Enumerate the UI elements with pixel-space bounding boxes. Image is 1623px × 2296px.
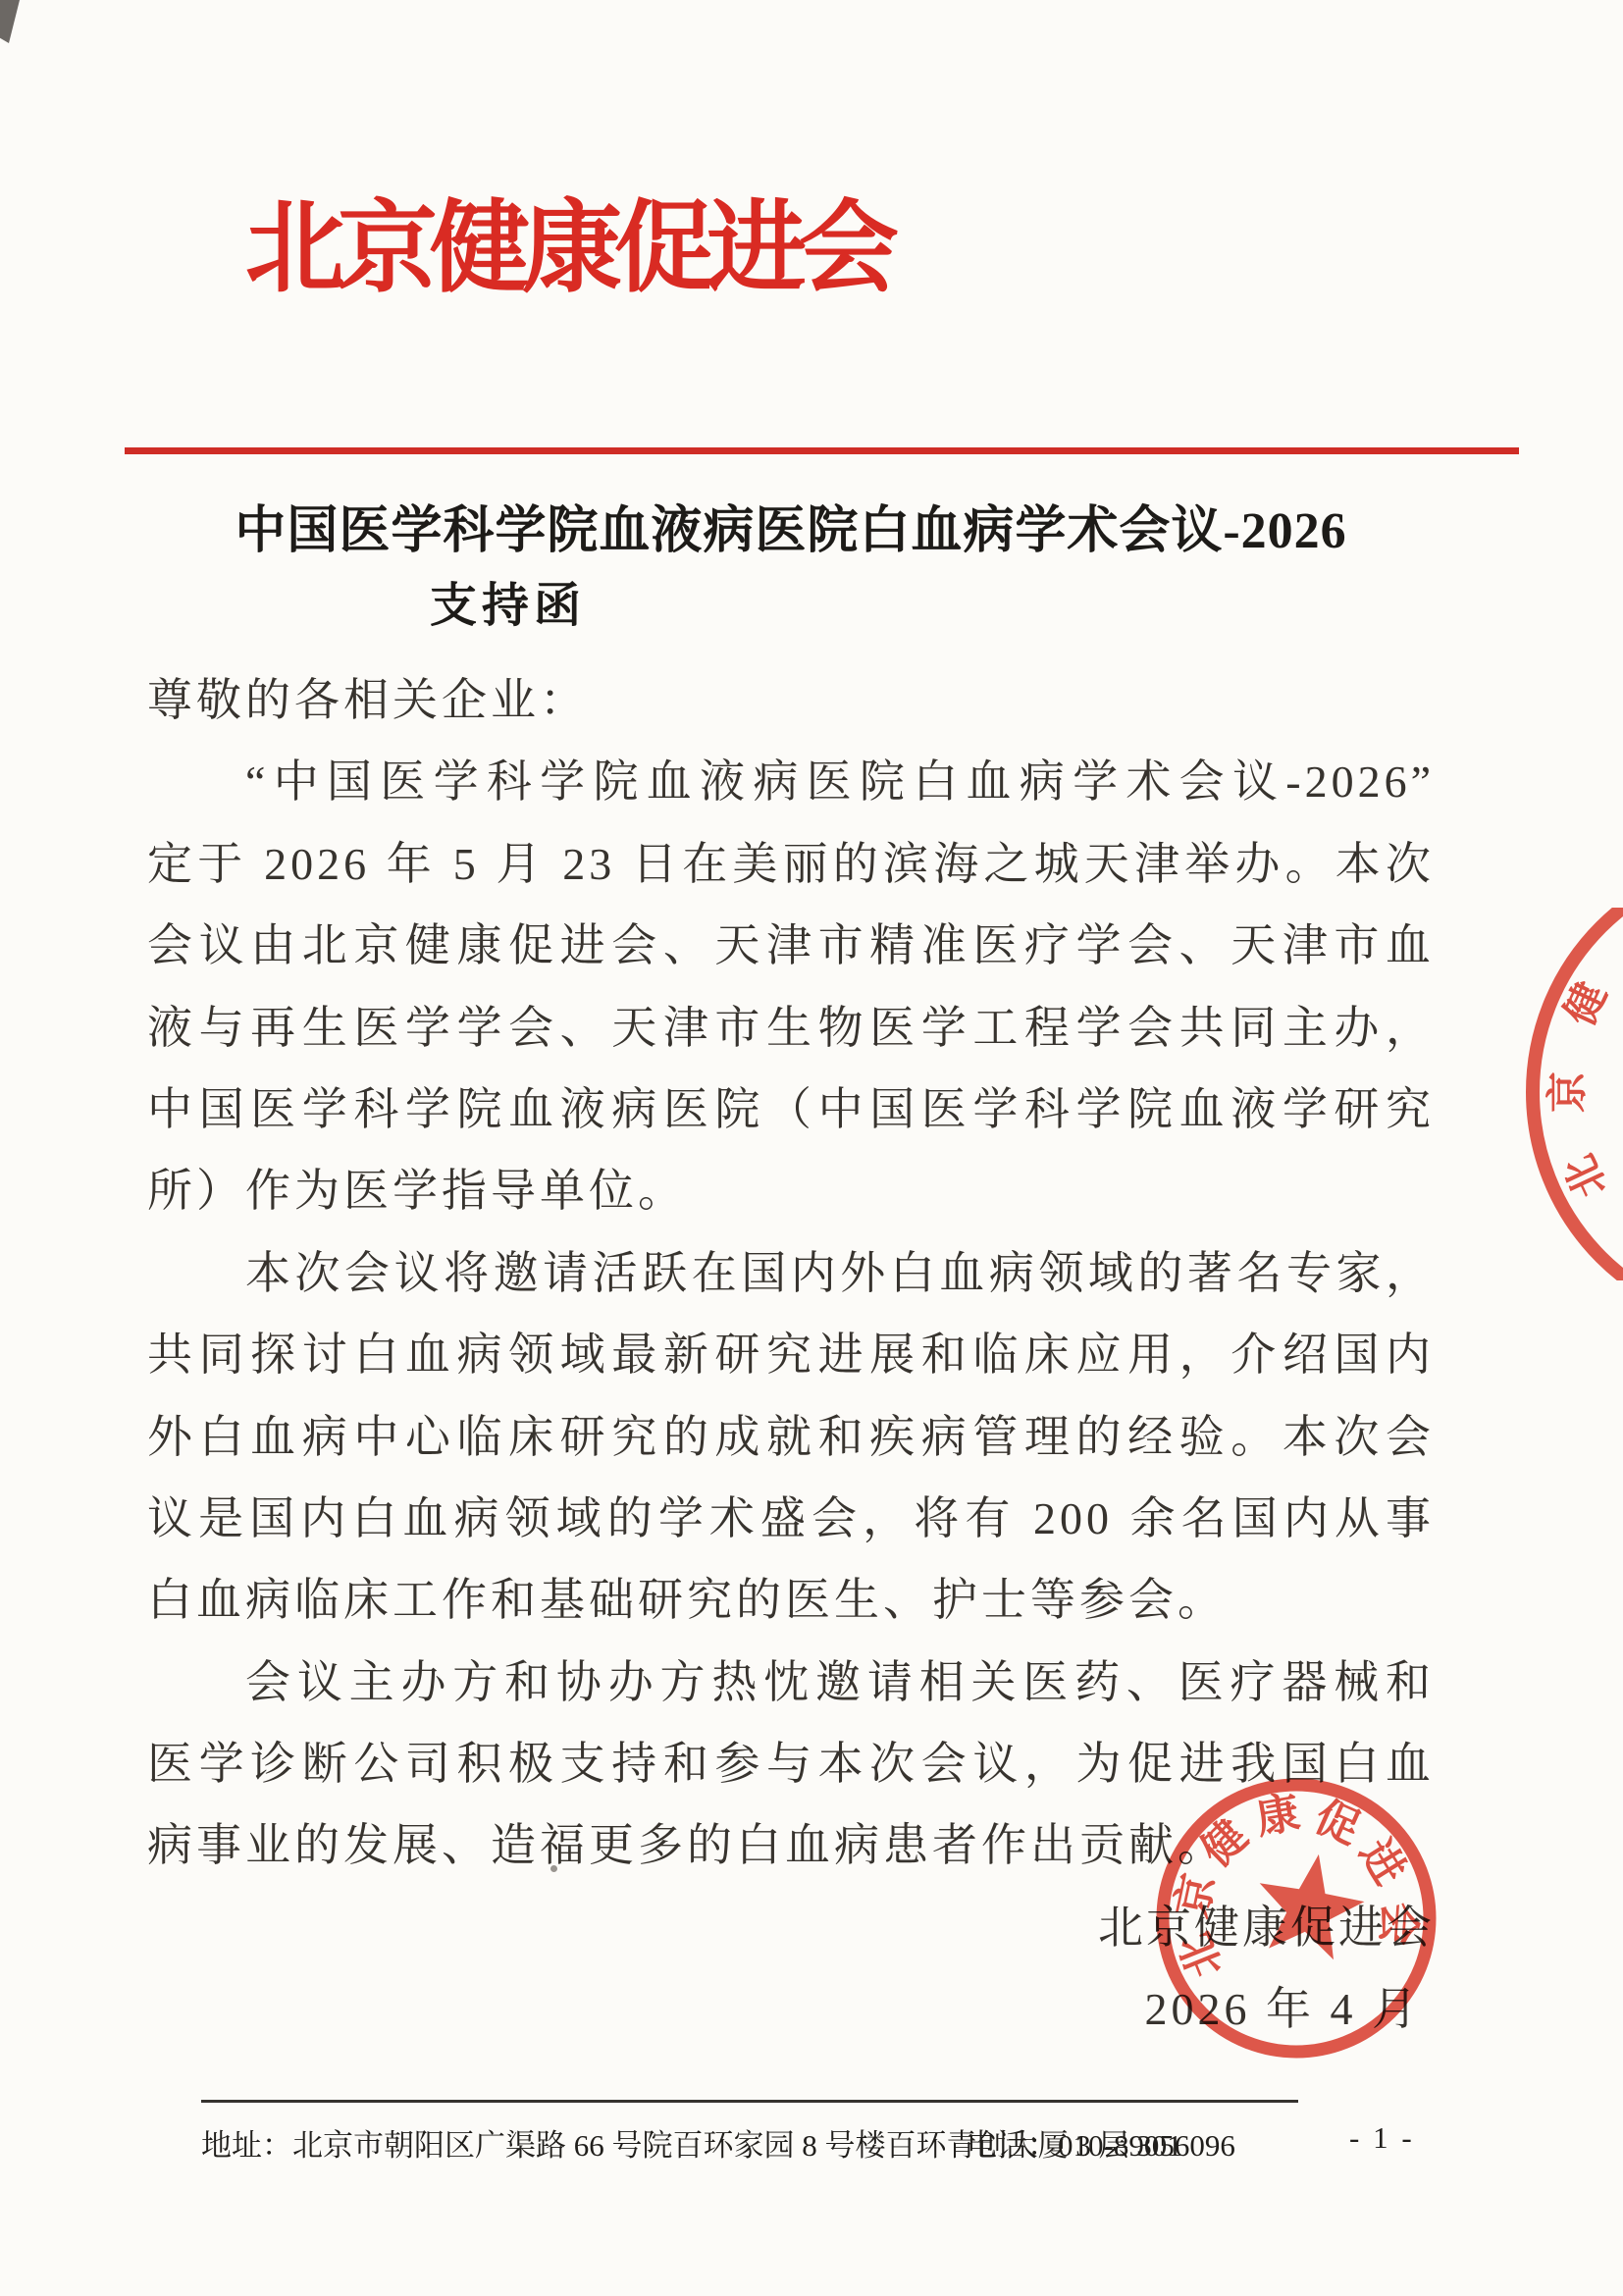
letterhead-divider xyxy=(125,447,1519,454)
footer-divider xyxy=(201,2100,1298,2103)
body-line: 会议由北京健康促进会、天津市精准医疗学会、天津市血 xyxy=(147,905,1435,986)
body-line: 本次会议将邀请活跃在国内外白血病领域的著名专家， xyxy=(147,1232,1435,1314)
body-line: 共同探讨白血病领域最新研究进展和临床应用，介绍国内 xyxy=(147,1314,1435,1395)
body-line: “中国医学科学院血液病医院白血病学术会议-2026” xyxy=(147,741,1435,822)
body-line: 外白血病中心临床研究的成就和疾病管理的经验。本次会 xyxy=(147,1396,1435,1478)
document-title-line1: 中国医学科学院血液病医院白血病学术会议-2026 xyxy=(147,489,1435,562)
body-line: 议是国内白血病领域的学术盛会，将有 200 余名国内从事 xyxy=(147,1478,1435,1559)
body-line: 液与再生医学学会、天津市生物医学工程学会共同主办， xyxy=(147,987,1435,1069)
round-seal-char: 京 xyxy=(1168,1869,1224,1921)
document-title-line2: 支持函 xyxy=(430,567,586,635)
body-line: 中国医学科学院血液病医院（中国医学科学院血液学研究 xyxy=(147,1069,1435,1150)
footer-phone: 电话：010-89056096 xyxy=(967,2120,1235,2165)
body-line: 白血病临床工作和基础研究的医生、护士等参会。 xyxy=(147,1559,1435,1641)
edge-seal-char: 京 xyxy=(1545,1071,1592,1113)
body-line: 会议主办方和协办方热忱邀请相关医药、医疗器械和 xyxy=(147,1642,1435,1723)
round-seal: 北 京 健 康 促 进 会 xyxy=(1128,1749,1466,2087)
body-line: 所）作为医学指导单位。 xyxy=(147,1150,1435,1231)
star-icon xyxy=(1260,1854,1365,1959)
edge-seal-char: 北 xyxy=(1557,1148,1615,1205)
letterhead-org-name: 北京健康促进会 xyxy=(245,169,891,312)
round-seal-char: 康 xyxy=(1252,1789,1303,1844)
letter-page: 北京健康促进会 中国医学科学院血液病医院白血病学术会议-2026 支持函 尊敬的… xyxy=(0,0,1623,2296)
round-seal-char: 会 xyxy=(1372,1901,1423,1947)
salutation: 尊敬的各相关企业： xyxy=(147,659,1435,741)
scan-corner-artifact xyxy=(0,0,20,43)
scan-speck xyxy=(550,1865,557,1872)
edge-seal: 健 京 北 xyxy=(1525,908,1623,1280)
body-line: 定于 2026 年 5 月 23 日在美丽的滨海之城天津举办。本次 xyxy=(147,823,1435,905)
footer-page-number: - 1 - xyxy=(1349,2120,1415,2156)
